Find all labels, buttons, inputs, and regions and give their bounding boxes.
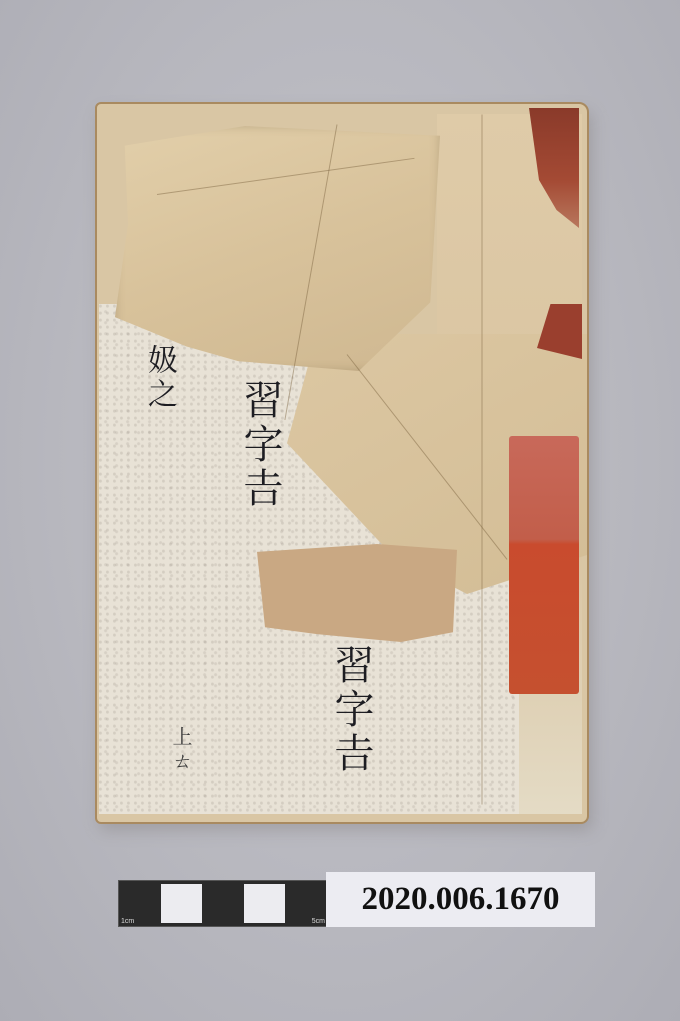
scale-segment-light <box>161 884 203 923</box>
scale-segment-light <box>244 884 286 923</box>
inscription-center-title: 習字𠮷 <box>232 379 289 511</box>
accession-number-label: 2020.006.1670 <box>326 872 595 927</box>
inscription-left: 㚫之 <box>137 344 181 412</box>
inscription-bottom-title: 習字𠮷 <box>323 644 380 776</box>
scale-label-end: 5cm <box>312 918 325 925</box>
inscription-bottom-left: 上ㄊ <box>167 726 196 774</box>
brown-paper-patch <box>257 544 457 642</box>
scale-bar: 1cm 5cm <box>118 880 328 927</box>
crease-line <box>482 115 483 805</box>
scale-label-start: 1cm <box>121 918 134 925</box>
top-paper-layer <box>115 126 440 371</box>
copybook-cover: 㚫之 習字𠮷 習字𠮷 上ㄊ <box>95 102 589 824</box>
scale-segment-dark <box>202 881 244 926</box>
red-repair-tape <box>509 436 579 694</box>
